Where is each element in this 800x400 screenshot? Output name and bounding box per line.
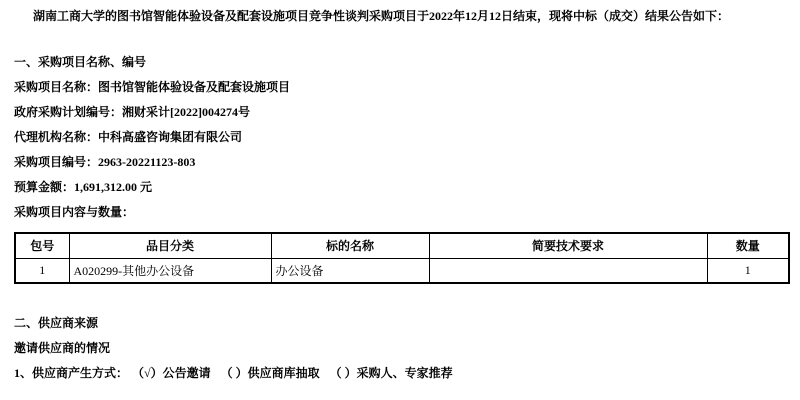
- option-buyer-expert-recommendation: （ ）采购人、专家推荐: [330, 366, 453, 380]
- supplier-method-prefix: 1、供应商产生方式：: [14, 366, 128, 380]
- section1-heading: 一、采购项目名称、编号: [14, 50, 793, 75]
- checkbox-supplier-pool-draw: （ ）: [221, 366, 248, 380]
- table-row: 1 A020299-其他办公设备 办公设备 1: [15, 258, 789, 283]
- cell-quantity: 1: [707, 258, 789, 283]
- section2-subheading: 邀请供应商的情况: [14, 336, 793, 361]
- checkbox-buyer-expert-recommendation: （ ）: [330, 366, 357, 380]
- field-project-name: 采购项目名称：图书馆智能体验设备及配套设施项目: [14, 75, 793, 100]
- cell-package-number: 1: [15, 258, 69, 283]
- cell-technical-requirements: [429, 258, 707, 283]
- field-plan-number: 政府采购计划编号：湘财采计[2022]004274号: [14, 100, 793, 125]
- section2-heading: 二、供应商来源: [14, 311, 793, 336]
- supplier-method-line: 1、供应商产生方式：（√）公告邀请（ ）供应商库抽取（ ）采购人、专家推荐: [14, 361, 793, 386]
- header-item-category: 品目分类: [69, 233, 271, 258]
- table-header-row: 包号 品目分类 标的名称 简要技术要求 数量: [15, 233, 789, 258]
- intro-paragraph: 湖南工商大学的图书馆智能体验设备及配套设施项目竞争性谈判采购项目于2022年12…: [14, 4, 793, 29]
- cell-item-category: A020299-其他办公设备: [69, 258, 271, 283]
- header-technical-requirements: 简要技术要求: [429, 233, 707, 258]
- option-public-invitation: （√）公告邀请: [138, 366, 211, 380]
- field-content-quantity-label: 采购项目内容与数量：: [14, 200, 793, 225]
- header-subject-name: 标的名称: [271, 233, 429, 258]
- cell-subject-name: 办公设备: [271, 258, 429, 283]
- field-budget-amount: 预算金额：1,691,312.00 元: [14, 175, 793, 200]
- field-project-number: 采购项目编号：2963-20221123-803: [14, 150, 793, 175]
- header-package-number: 包号: [15, 233, 69, 258]
- header-quantity: 数量: [707, 233, 789, 258]
- field-agency-name: 代理机构名称：中科高盛咨询集团有限公司: [14, 125, 793, 150]
- procurement-items-table: 包号 品目分类 标的名称 简要技术要求 数量 1 A020299-其他办公设备 …: [14, 232, 790, 284]
- announcement-document: 湖南工商大学的图书馆智能体验设备及配套设施项目竞争性谈判采购项目于2022年12…: [0, 0, 800, 386]
- option-supplier-pool-draw: （ ）供应商库抽取: [221, 366, 320, 380]
- checkbox-public-invitation: （√）: [138, 366, 163, 380]
- option-label-buyer-expert-recommendation: 采购人、专家推荐: [357, 366, 453, 380]
- option-label-supplier-pool-draw: 供应商库抽取: [248, 366, 320, 380]
- option-label-public-invitation: 公告邀请: [163, 366, 211, 380]
